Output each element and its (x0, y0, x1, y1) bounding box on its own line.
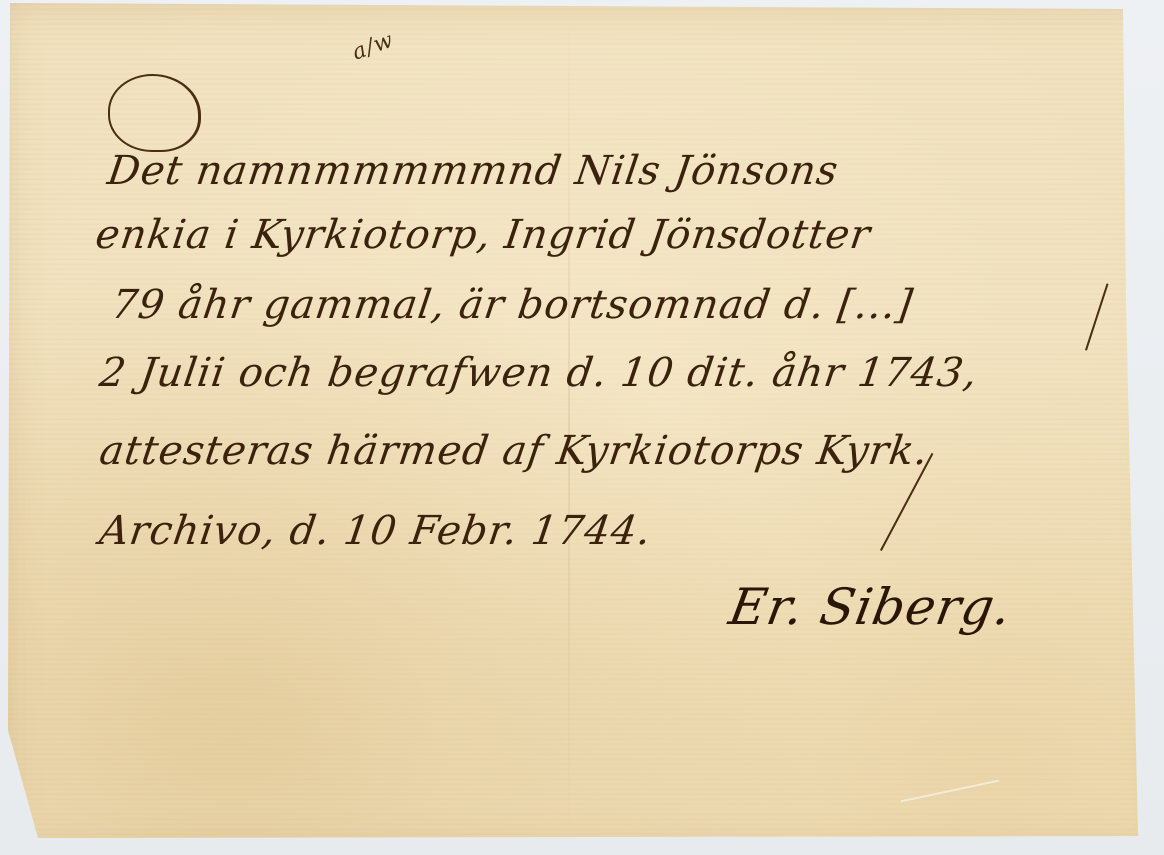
text-line-2: enkia i Kyrkiotorp, Ingrid Jönsdotter (93, 212, 874, 258)
text-line-6: Archivo, d. 10 Febr. 1744. (97, 508, 655, 554)
drop-cap-flourish (108, 74, 201, 152)
signature: Er. Siberg. (725, 578, 1017, 636)
paper-fold (568, 5, 570, 835)
text-line-5: attesteras härmed af Kyrkiotorps Kyrk. (97, 428, 932, 474)
text-line-1: Det namnmmmmmnd Nils Jönsons (105, 148, 842, 194)
scan-background: a/w Det namnmmmmmnd Nils Jönsons enkia i… (0, 0, 1164, 855)
text-line-4: 2 Julii och begrafwen d. 10 dit. åhr 174… (97, 350, 981, 396)
text-line-3: 79 åhr gammal, är bortsomnad d. [...] (109, 282, 916, 328)
